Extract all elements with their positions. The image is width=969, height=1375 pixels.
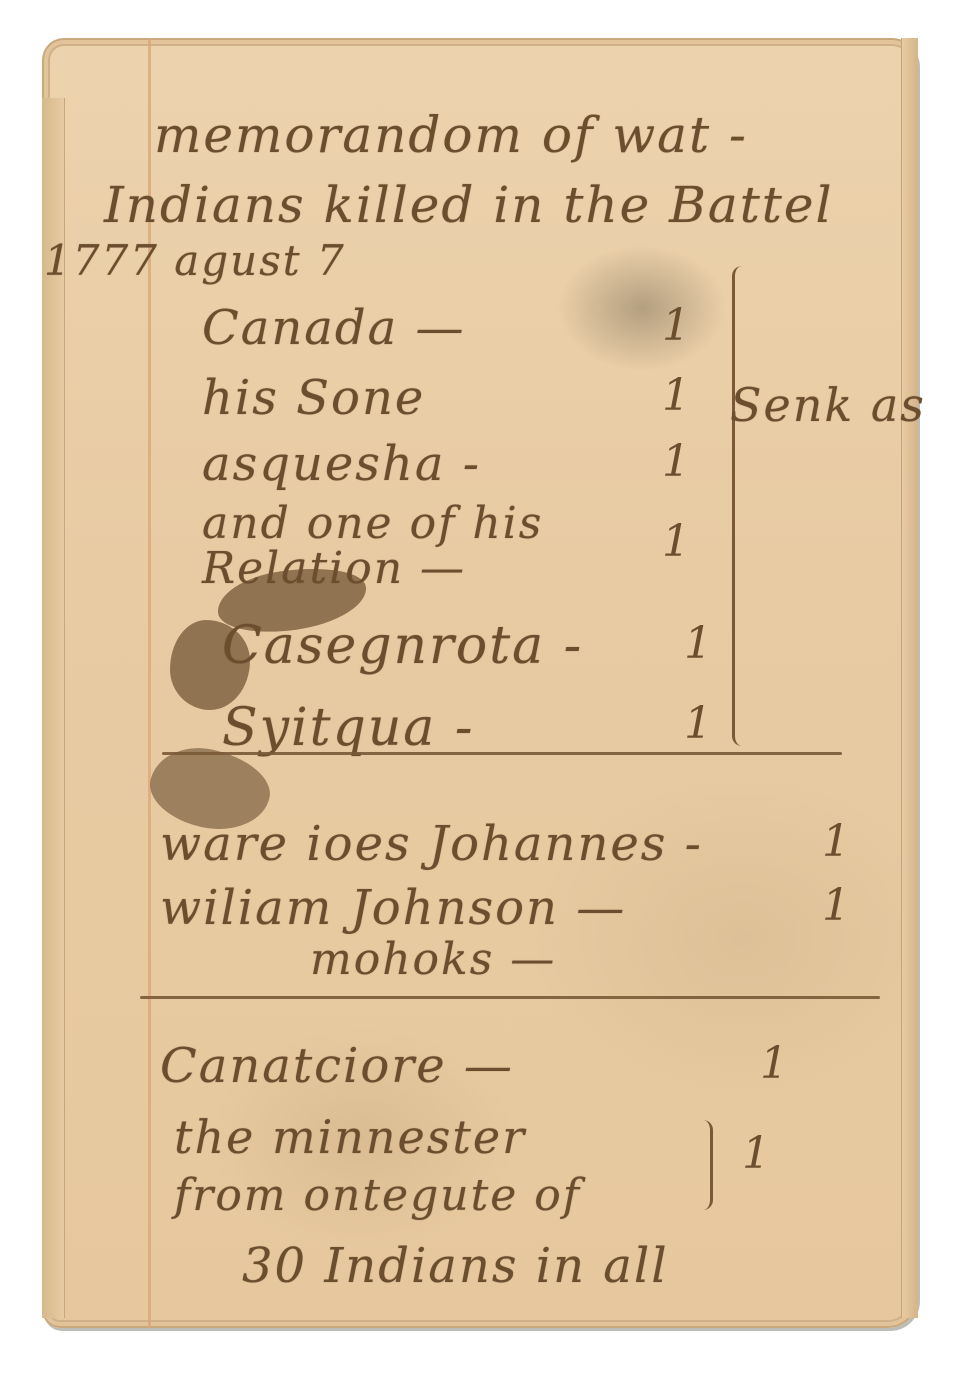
header-line-2: Indians killed in the Battel [104, 176, 833, 234]
manuscript-page: memorandom of wat - Indians killed in th… [42, 38, 918, 1328]
section-divider [162, 752, 842, 755]
entry-name: the minnester [174, 1110, 526, 1164]
entry-count: 1 [662, 436, 690, 487]
entry-count: 1 [684, 618, 712, 669]
entry-count: 1 [662, 300, 690, 351]
section-divider [140, 996, 880, 999]
page-right-edge [901, 38, 918, 1318]
header-date: 1777 agust 7 [44, 236, 346, 285]
entry-name: Syitqua - [222, 698, 474, 758]
entry-count: 1 [662, 370, 690, 421]
entry-count: 1 [760, 1038, 788, 1089]
entry-count: 1 [822, 816, 850, 867]
entry-name: wiliam Johnson — [160, 880, 626, 936]
entry-count: 1 [662, 516, 690, 567]
bracket-label: Senk as [730, 378, 926, 432]
entry-name: Relation — [202, 543, 466, 594]
entry-name: from ontegute of [174, 1170, 581, 1221]
entry-name: Canada — [202, 300, 465, 356]
entry-count: 1 [684, 698, 712, 749]
entry-count: 1 [822, 880, 850, 931]
entry-name: ware ioes Johannes - [160, 816, 703, 872]
group-bracket [700, 1120, 713, 1210]
entry-name: Casegnrota - [222, 616, 583, 676]
entry-name: asquesha - [202, 436, 481, 492]
total-line: 30 Indians in all [242, 1238, 669, 1294]
group-label: mohoks — [310, 934, 556, 985]
entry-name: Canatciore — [160, 1038, 514, 1094]
group-bracket [732, 266, 749, 746]
entry-count: 1 [742, 1128, 770, 1179]
entry-name: and one of his [202, 498, 543, 549]
header-line-1: memorandom of wat - [154, 106, 748, 164]
entry-name: his Sone [202, 370, 425, 426]
